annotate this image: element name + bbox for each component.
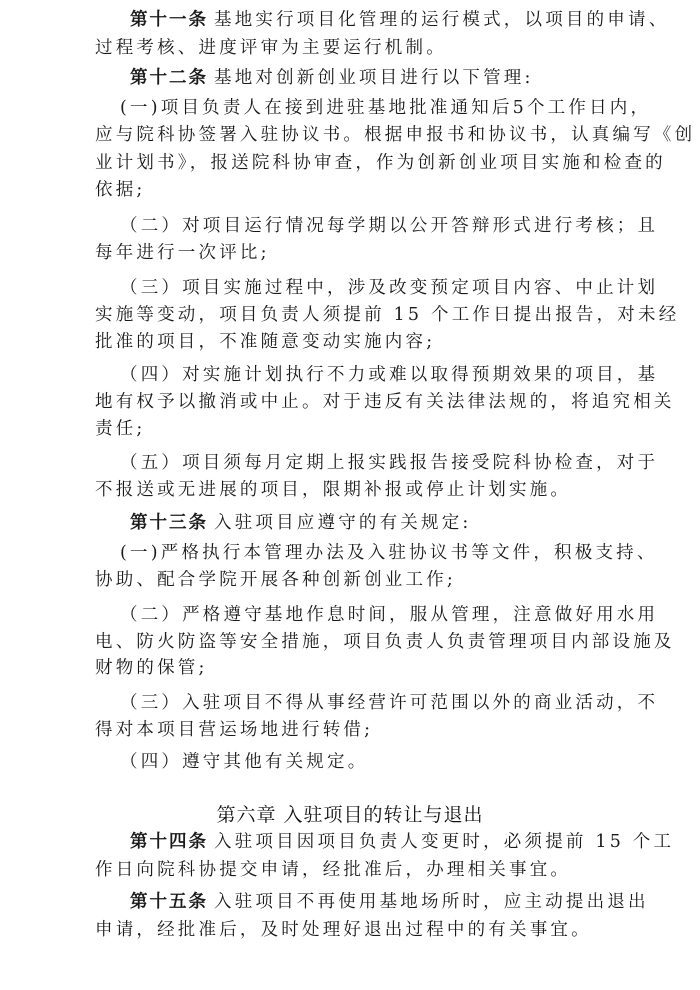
clause-3-line-1: （三）项目实施过程中，涉及改变预定项目内容、中止计划 (120, 277, 620, 299)
rule-2-line-2: 电、防火防盗等安全措施，项目负责人负责管理项目内部设施及 (95, 631, 620, 653)
article-14-line-1: 第十四条入驻项目因项目负责人变更时，必须提前 15 个工 (130, 831, 620, 853)
rule-3-line-1: （三）入驻项目不得从事经营许可范围以外的商业活动，不 (120, 692, 620, 714)
clause-1-line-3: 业计划书》，报送院科协审查，作为创新创业项目实施和检查的 (95, 152, 620, 174)
rule-4-line-1: （四）遵守其他有关规定。 (120, 751, 620, 773)
clause-1-line-2: 应与院科协签署入驻协议书。根据申报书和协议书，认真编写《创 (95, 124, 620, 146)
article-number: 第十二条 (130, 68, 208, 88)
article-number: 第十五条 (130, 892, 208, 912)
clause-3-line-3: 批准的项目，不准随意变动实施内容; (95, 331, 620, 353)
article-12-line-1: 第十二条基地对创新创业项目进行以下管理: (130, 67, 620, 89)
clause-1-line-4: 依据; (95, 179, 620, 201)
article-11-line-2: 过程考核、进度评审为主要运行机制。 (95, 37, 620, 59)
article-number: 第十三条 (130, 513, 208, 533)
clause-2-line-1: （二）对项目运行情况每学期以公开答辩形式进行考核；且 (120, 215, 620, 237)
article-14-line-2: 作日向院科协提交申请，经批准后，办理相关事宜。 (95, 859, 620, 881)
clause-4-line-2: 地有权予以撤消或中止。对于违反有关法律法规的，将追究相关 (95, 391, 620, 413)
article-13-line-1: 第十三条入驻项目应遵守的有关规定: (130, 512, 620, 534)
clause-5-line-2: 不报送或无进展的项目，限期补报或停止计划实施。 (95, 479, 620, 501)
rule-2-line-3: 财物的保管; (95, 657, 620, 679)
document-page: 第十一条基地实行项目化管理的运行模式，以项目的申请、 过程考核、进度评审为主要运… (0, 0, 700, 990)
clause-1-line-1: (一)项目负责人在接到进驻基地批准通知后5个工作日内， (120, 97, 620, 119)
clause-4-line-3: 责任; (95, 418, 620, 440)
article-15-line-2: 申请，经批准后，及时处理好退出过程中的有关事宜。 (95, 919, 620, 941)
rule-1-line-2: 协助、配合学院开展各种创新创业工作; (95, 569, 620, 591)
article-number: 第十四条 (130, 832, 208, 852)
article-number: 第十一条 (130, 10, 208, 30)
chapter-heading: 第六章 入驻项目的转让与退出 (0, 800, 700, 827)
article-11-line-1: 第十一条基地实行项目化管理的运行模式，以项目的申请、 (130, 9, 620, 31)
clause-2-line-2: 每年进行一次评比; (95, 242, 620, 264)
rule-2-line-1: （二）严格遵守基地作息时间，服从管理，注意做好用水用 (120, 604, 620, 626)
clause-5-line-1: （五）项目须每月定期上报实践报告接受院科协检查，对于 (120, 452, 620, 474)
rule-3-line-2: 得对本项目营运场地进行转借; (95, 719, 620, 741)
clause-4-line-1: （四）对实施计划执行不力或难以取得预期效果的项目，基 (120, 364, 620, 386)
clause-3-line-2: 实施等变动，项目负责人须提前 15 个工作日提出报告，对未经 (95, 304, 620, 326)
rule-1-line-1: (一)严格执行本管理办法及入驻协议书等文件，积极支持、 (120, 542, 620, 564)
article-15-line-1: 第十五条入驻项目不再使用基地场所时，应主动提出退出 (130, 891, 620, 913)
